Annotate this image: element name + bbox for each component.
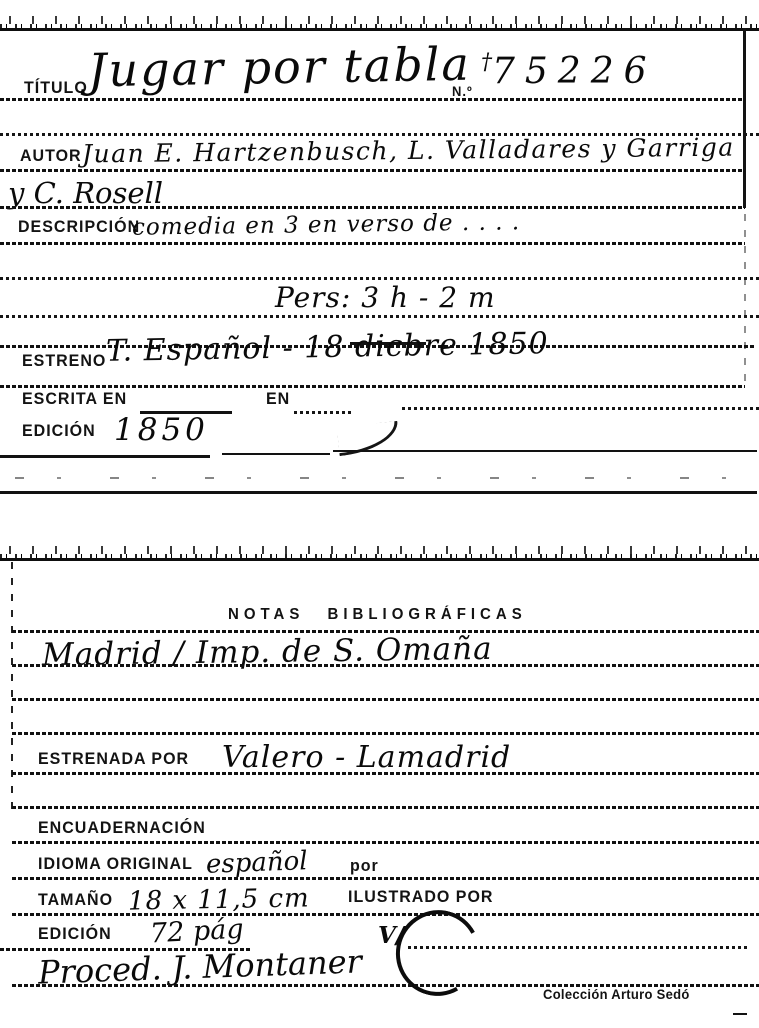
estrenada-por-label: ESTRENADA POR xyxy=(38,751,189,770)
tamano-handwritten-value: 18 x 11,5 cm xyxy=(128,883,310,916)
titulo-label: TÍTULO xyxy=(24,80,88,99)
escrita-en-label: ESCRITA EN xyxy=(22,391,127,410)
ruled-line xyxy=(0,206,745,209)
idioma-handwritten-value: español xyxy=(206,846,309,880)
ruled-line xyxy=(0,98,745,101)
stray-mark xyxy=(733,1013,747,1015)
back-card-torn-edge xyxy=(0,546,759,561)
autor-label: AUTOR xyxy=(20,148,82,167)
ilustrado-por-label: ILUSTRADO POR xyxy=(348,889,493,908)
numero-label: N.º xyxy=(452,84,473,100)
front-card-right-border-faded xyxy=(744,214,746,384)
front-card-torn-edge xyxy=(0,16,759,31)
ruled-line xyxy=(402,407,759,410)
descripcion-label: DESCRIPCIÓN xyxy=(18,219,140,238)
autor-handwritten-line1: Juan E. Hartzenbusch, L. Valladares y Ga… xyxy=(82,133,735,169)
ruled-line xyxy=(0,315,759,318)
edicion-label: EDICIÓN xyxy=(22,423,96,442)
ruled-line xyxy=(12,732,759,735)
catalog-card-scan: { "front_card": { "titulo_label": "TÍTUL… xyxy=(0,0,759,1028)
estreno-label: ESTRENO xyxy=(22,353,106,372)
faint-dash-row xyxy=(15,477,745,479)
edicion-back-handwritten-value: 72 pág xyxy=(149,914,244,950)
ruled-line xyxy=(222,453,330,455)
ruled-line xyxy=(12,806,759,809)
ruled-line xyxy=(0,169,745,172)
estrenada-por-handwritten-value: Valero - Lamadrid xyxy=(222,740,511,775)
ruled-line xyxy=(0,385,745,388)
ruled-line xyxy=(12,877,759,880)
blank-underline xyxy=(294,411,352,414)
numero-cross-mark: † xyxy=(481,50,492,75)
ruled-line xyxy=(0,455,210,458)
edicion-back-label: EDICIÓN xyxy=(38,926,112,945)
por-label: por xyxy=(350,858,379,877)
ruled-line xyxy=(12,698,759,701)
idioma-original-label: IDIOMA ORIGINAL xyxy=(38,856,193,875)
notas-bibliograficas-header: NOTAS BIBLIOGRÁFICAS xyxy=(228,606,527,624)
personajes-handwritten-value: Pers: 3 h - 2 m xyxy=(275,281,496,314)
numero-handwritten-value: †75226 xyxy=(481,50,657,92)
ruled-line xyxy=(408,946,748,949)
coleccion-stamp: Colección Arturo Sedó xyxy=(543,987,690,1003)
tamano-label: TAMAÑO xyxy=(38,892,113,911)
descripcion-handwritten-value: comedia en 3 en verso de . . . . xyxy=(132,209,520,240)
autor-handwritten-line2: y C. Rosell xyxy=(8,176,163,210)
ruled-line xyxy=(12,664,759,667)
ruled-line xyxy=(12,772,759,775)
ruled-line xyxy=(12,913,759,916)
ruled-line xyxy=(333,450,757,452)
edicion-handwritten-value: 1850 xyxy=(114,412,209,448)
front-card-bottom-edge xyxy=(0,491,757,494)
encuadernacion-label: ENCUADERNACIÓN xyxy=(38,820,206,839)
titulo-handwritten-value: Jugar por tabla xyxy=(88,37,472,98)
ruled-line xyxy=(0,277,759,280)
ruled-line xyxy=(0,242,745,245)
front-card-right-border xyxy=(743,28,746,208)
estreno-handwritten-value: T. Español - 18 dicbre 1850 xyxy=(106,326,549,369)
en-label: EN xyxy=(266,391,290,410)
ruled-line xyxy=(12,841,759,844)
